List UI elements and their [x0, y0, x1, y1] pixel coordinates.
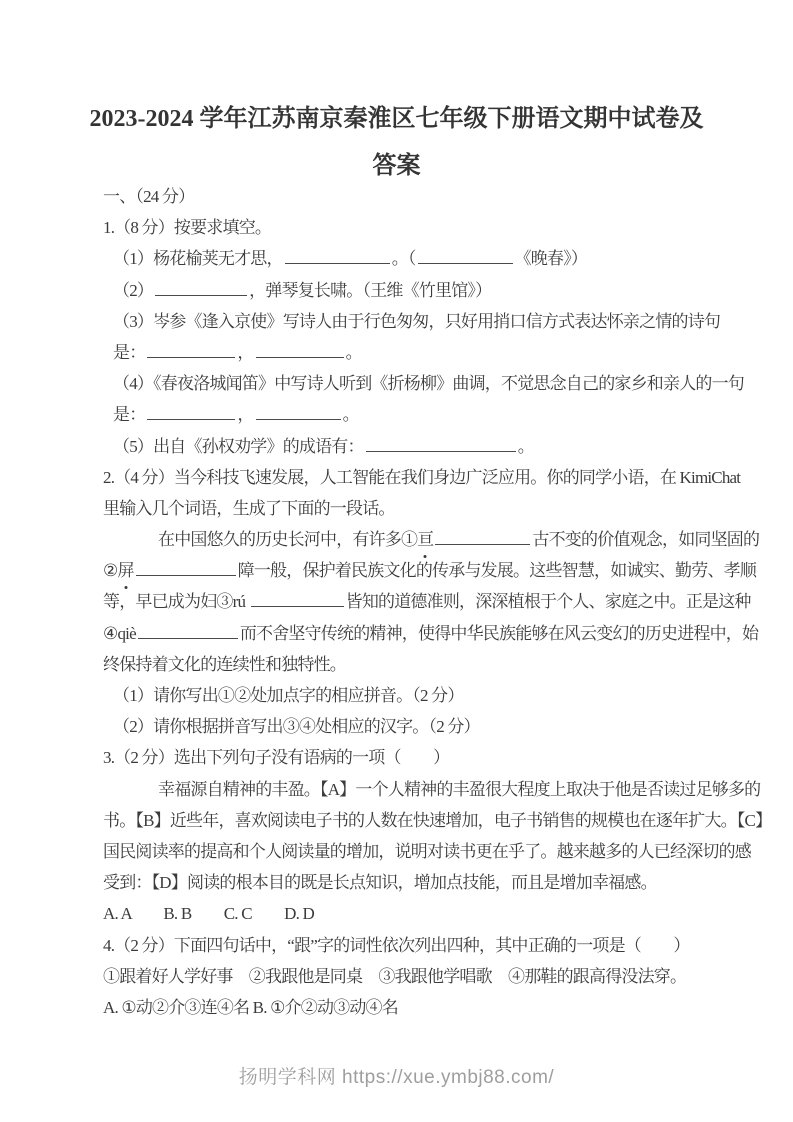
- exam-line: A. ①动②介③连④名 B. ①介②动③动④名: [103, 992, 723, 1023]
- answer-blank: [136, 559, 236, 576]
- answer-blank: [366, 435, 516, 452]
- text-run: 3.（2 分）选出下列句子没有语病的一项（ ）: [103, 748, 449, 767]
- text-run: 。: [343, 405, 359, 424]
- answer-blank: [285, 247, 390, 264]
- exam-line: 3.（2 分）选出下列句子没有语病的一项（ ）: [103, 742, 723, 773]
- exam-body: 一、（24 分）1.（8 分）按要求填空。（1）杨花榆荚无才思，。（《晚春》）（…: [103, 181, 723, 1023]
- text-run: ②: [103, 561, 117, 580]
- text-run: 。: [346, 343, 362, 362]
- exam-line: （2）请你根据拼音写出③④处相应的汉字。（2 分）: [103, 711, 723, 742]
- answer-blank: [251, 590, 344, 607]
- text-run: 书。【B】近些年，喜欢阅读电子书的人数在快速增加，电子书销售的规模也在逐年扩大。…: [103, 811, 771, 830]
- text-run: A. ①动②介③连④名 B. ①介②动③动④名: [103, 998, 398, 1017]
- exam-line: （1）请你写出①②处加点字的相应拼音。（2 分）: [103, 680, 723, 711]
- text-run: 而不舍坚守传统的精神，使得中华民族能够在风云变幻的历史进程中，始: [240, 624, 758, 643]
- text-run: （2）请你根据拼音写出③④处相应的汉字。（2 分）: [113, 717, 480, 736]
- text-run: 里输入几个词语，生成了下面的一段话。: [103, 499, 395, 518]
- text-run: ，: [237, 343, 253, 362]
- text-run: 2.（4 分）当今科技飞速发展，人工智能在我们身边广泛应用。你的同学小语，在 K…: [103, 468, 740, 487]
- text-run: （4）《春夜洛城闻笛》中写诗人听到《折杨柳》曲调，不觉思念自己的家乡和亲人的一句: [113, 374, 744, 393]
- exam-line: （5）出自《孙权劝学》的成语有：。: [103, 431, 723, 462]
- exam-line: 里输入几个词语，生成了下面的一段话。: [103, 493, 723, 524]
- exam-line: 书。【B】近些年，喜欢阅读电子书的人数在快速增加，电子书销售的规模也在逐年扩大。…: [103, 805, 723, 836]
- answer-blank: [147, 341, 235, 358]
- text-run: 受到：【D】阅读的根本目的既是长点知识，增加点技能，而且是增加幸福感。: [103, 873, 657, 892]
- text-run: 是：: [113, 343, 145, 362]
- exam-line: （1）杨花榆荚无才思，。（《晚春》）: [103, 243, 723, 274]
- exam-line: 等，早已成为妇③rú 皆知的道德准则，深深植根于个人、家庭之中。正是这种: [103, 586, 723, 617]
- exam-line: 是：，。: [103, 337, 723, 368]
- text-run: 国民阅读率的提高和个人阅读量的增加，说明对读书更在乎了。越来越多的人已经深切的感: [103, 842, 751, 861]
- exam-line: 2.（4 分）当今科技飞速发展，人工智能在我们身边广泛应用。你的同学小语，在 K…: [103, 462, 723, 493]
- exam-line: 是：，。: [103, 399, 723, 430]
- dotted-char: 屏: [117, 555, 133, 586]
- text-run: 。（: [392, 249, 416, 268]
- text-run: A. A B. B C. C D. D: [103, 904, 314, 923]
- text-run: （5）出自《孙权劝学》的成语有：: [113, 437, 364, 456]
- answer-blank: [435, 528, 530, 545]
- answer-blank: [256, 341, 344, 358]
- text-run: （2）: [113, 281, 153, 300]
- text-run: 终保持着文化的连续性和独特性。: [103, 655, 346, 674]
- text-run: 《晚春》）: [515, 249, 588, 268]
- text-run: 障一般，保护着民族文化的传承与发展。这些智慧，如诚实、勤劳、孝顺: [238, 561, 756, 580]
- exam-line: ②屏障一般，保护着民族文化的传承与发展。这些智慧，如诚实、勤劳、孝顺: [103, 555, 723, 586]
- text-run: ，: [237, 405, 253, 424]
- answer-blank: [256, 403, 341, 420]
- dotted-char: 亘: [417, 524, 433, 555]
- exam-line: （4）《春夜洛城闻笛》中写诗人听到《折杨柳》曲调，不觉思念自己的家乡和亲人的一句: [103, 368, 723, 399]
- text-run: 皆知的道德准则，深深植根于个人、家庭之中。正是这种: [346, 592, 751, 611]
- answer-blank: [138, 622, 238, 639]
- text-run: （3）岑参《逢入京使》写诗人由于行色匆匆，只好用捎口信方式表达怀亲之情的诗句: [113, 312, 720, 331]
- answer-blank: [147, 403, 235, 420]
- exam-line: ④qiè而不舍坚守传统的精神，使得中华民族能够在风云变幻的历史进程中，始: [103, 618, 723, 649]
- exam-line: 受到：【D】阅读的根本目的既是长点知识，增加点技能，而且是增加幸福感。: [103, 867, 723, 898]
- text-run: 4.（2 分）下面四句话中，“跟”字的词性依次列出四种，其中正确的一项是（ ）: [103, 936, 690, 955]
- text-run: 1.（8 分）按要求填空。: [103, 218, 271, 237]
- text-run: （1）请你写出①②处加点字的相应拼音。（2 分）: [113, 686, 464, 705]
- exam-line: 幸福源自精神的丰盈。【A】一个人精神的丰盈很大程度上取决于他是否读过足够多的: [103, 774, 723, 805]
- exam-line: 在中国悠久的历史长河中，有许多①亘古不变的价值观念，如同坚固的: [103, 524, 723, 555]
- text-run: 等，早已成为妇③rú: [103, 592, 249, 611]
- exam-line: （2），弹琴复长啸。（王维《竹里馆》）: [103, 275, 723, 306]
- text-run: ④qiè: [103, 624, 136, 643]
- exam-line: A. A B. B C. C D. D: [103, 898, 723, 929]
- exam-line: ①跟着好人学好事 ②我跟他是同桌 ③我跟他学唱歌 ④那鞋的跟高得没法穿。: [103, 961, 723, 992]
- exam-line: 1.（8 分）按要求填空。: [103, 212, 723, 243]
- exam-line: 终保持着文化的连续性和独特性。: [103, 649, 723, 680]
- text-run: ，弹琴复长啸。（王维《竹里馆》）: [249, 281, 491, 300]
- text-run: 幸福源自精神的丰盈。【A】一个人精神的丰盈很大程度上取决于他是否读过足够多的: [158, 780, 760, 799]
- text-run: （1）杨花榆荚无才思，: [113, 249, 283, 268]
- exam-line: （3）岑参《逢入京使》写诗人由于行色匆匆，只好用捎口信方式表达怀亲之情的诗句: [103, 306, 723, 337]
- answer-blank: [155, 279, 247, 296]
- exam-page: 2023-2024 学年江苏南京秦淮区七年级下册语文期中试卷及 答案 一、（24…: [0, 0, 793, 1122]
- answer-blank: [418, 247, 513, 264]
- page-title-line1: 2023-2024 学年江苏南京秦淮区七年级下册语文期中试卷及: [50, 96, 743, 143]
- page-title: 2023-2024 学年江苏南京秦淮区七年级下册语文期中试卷及 答案: [50, 96, 743, 190]
- watermark-footer: 扬明学科网 https://xue.ymbj88.com/: [0, 1062, 793, 1089]
- text-run: 一、（24 分）: [103, 187, 194, 206]
- exam-line: 一、（24 分）: [103, 181, 723, 212]
- text-run: ①跟着好人学好事 ②我跟他是同桌 ③我跟他学唱歌 ④那鞋的跟高得没法穿。: [103, 967, 686, 986]
- exam-line: 4.（2 分）下面四句话中，“跟”字的词性依次列出四种，其中正确的一项是（ ）: [103, 930, 723, 961]
- text-run: 在中国悠久的历史长河中，有许多①: [158, 530, 417, 549]
- exam-line: 国民阅读率的提高和个人阅读量的增加，说明对读书更在乎了。越来越多的人已经深切的感: [103, 836, 723, 867]
- text-run: 古不变的价值观念，如同坚固的: [532, 530, 759, 549]
- text-run: 。: [518, 437, 534, 456]
- text-run: 是：: [113, 405, 145, 424]
